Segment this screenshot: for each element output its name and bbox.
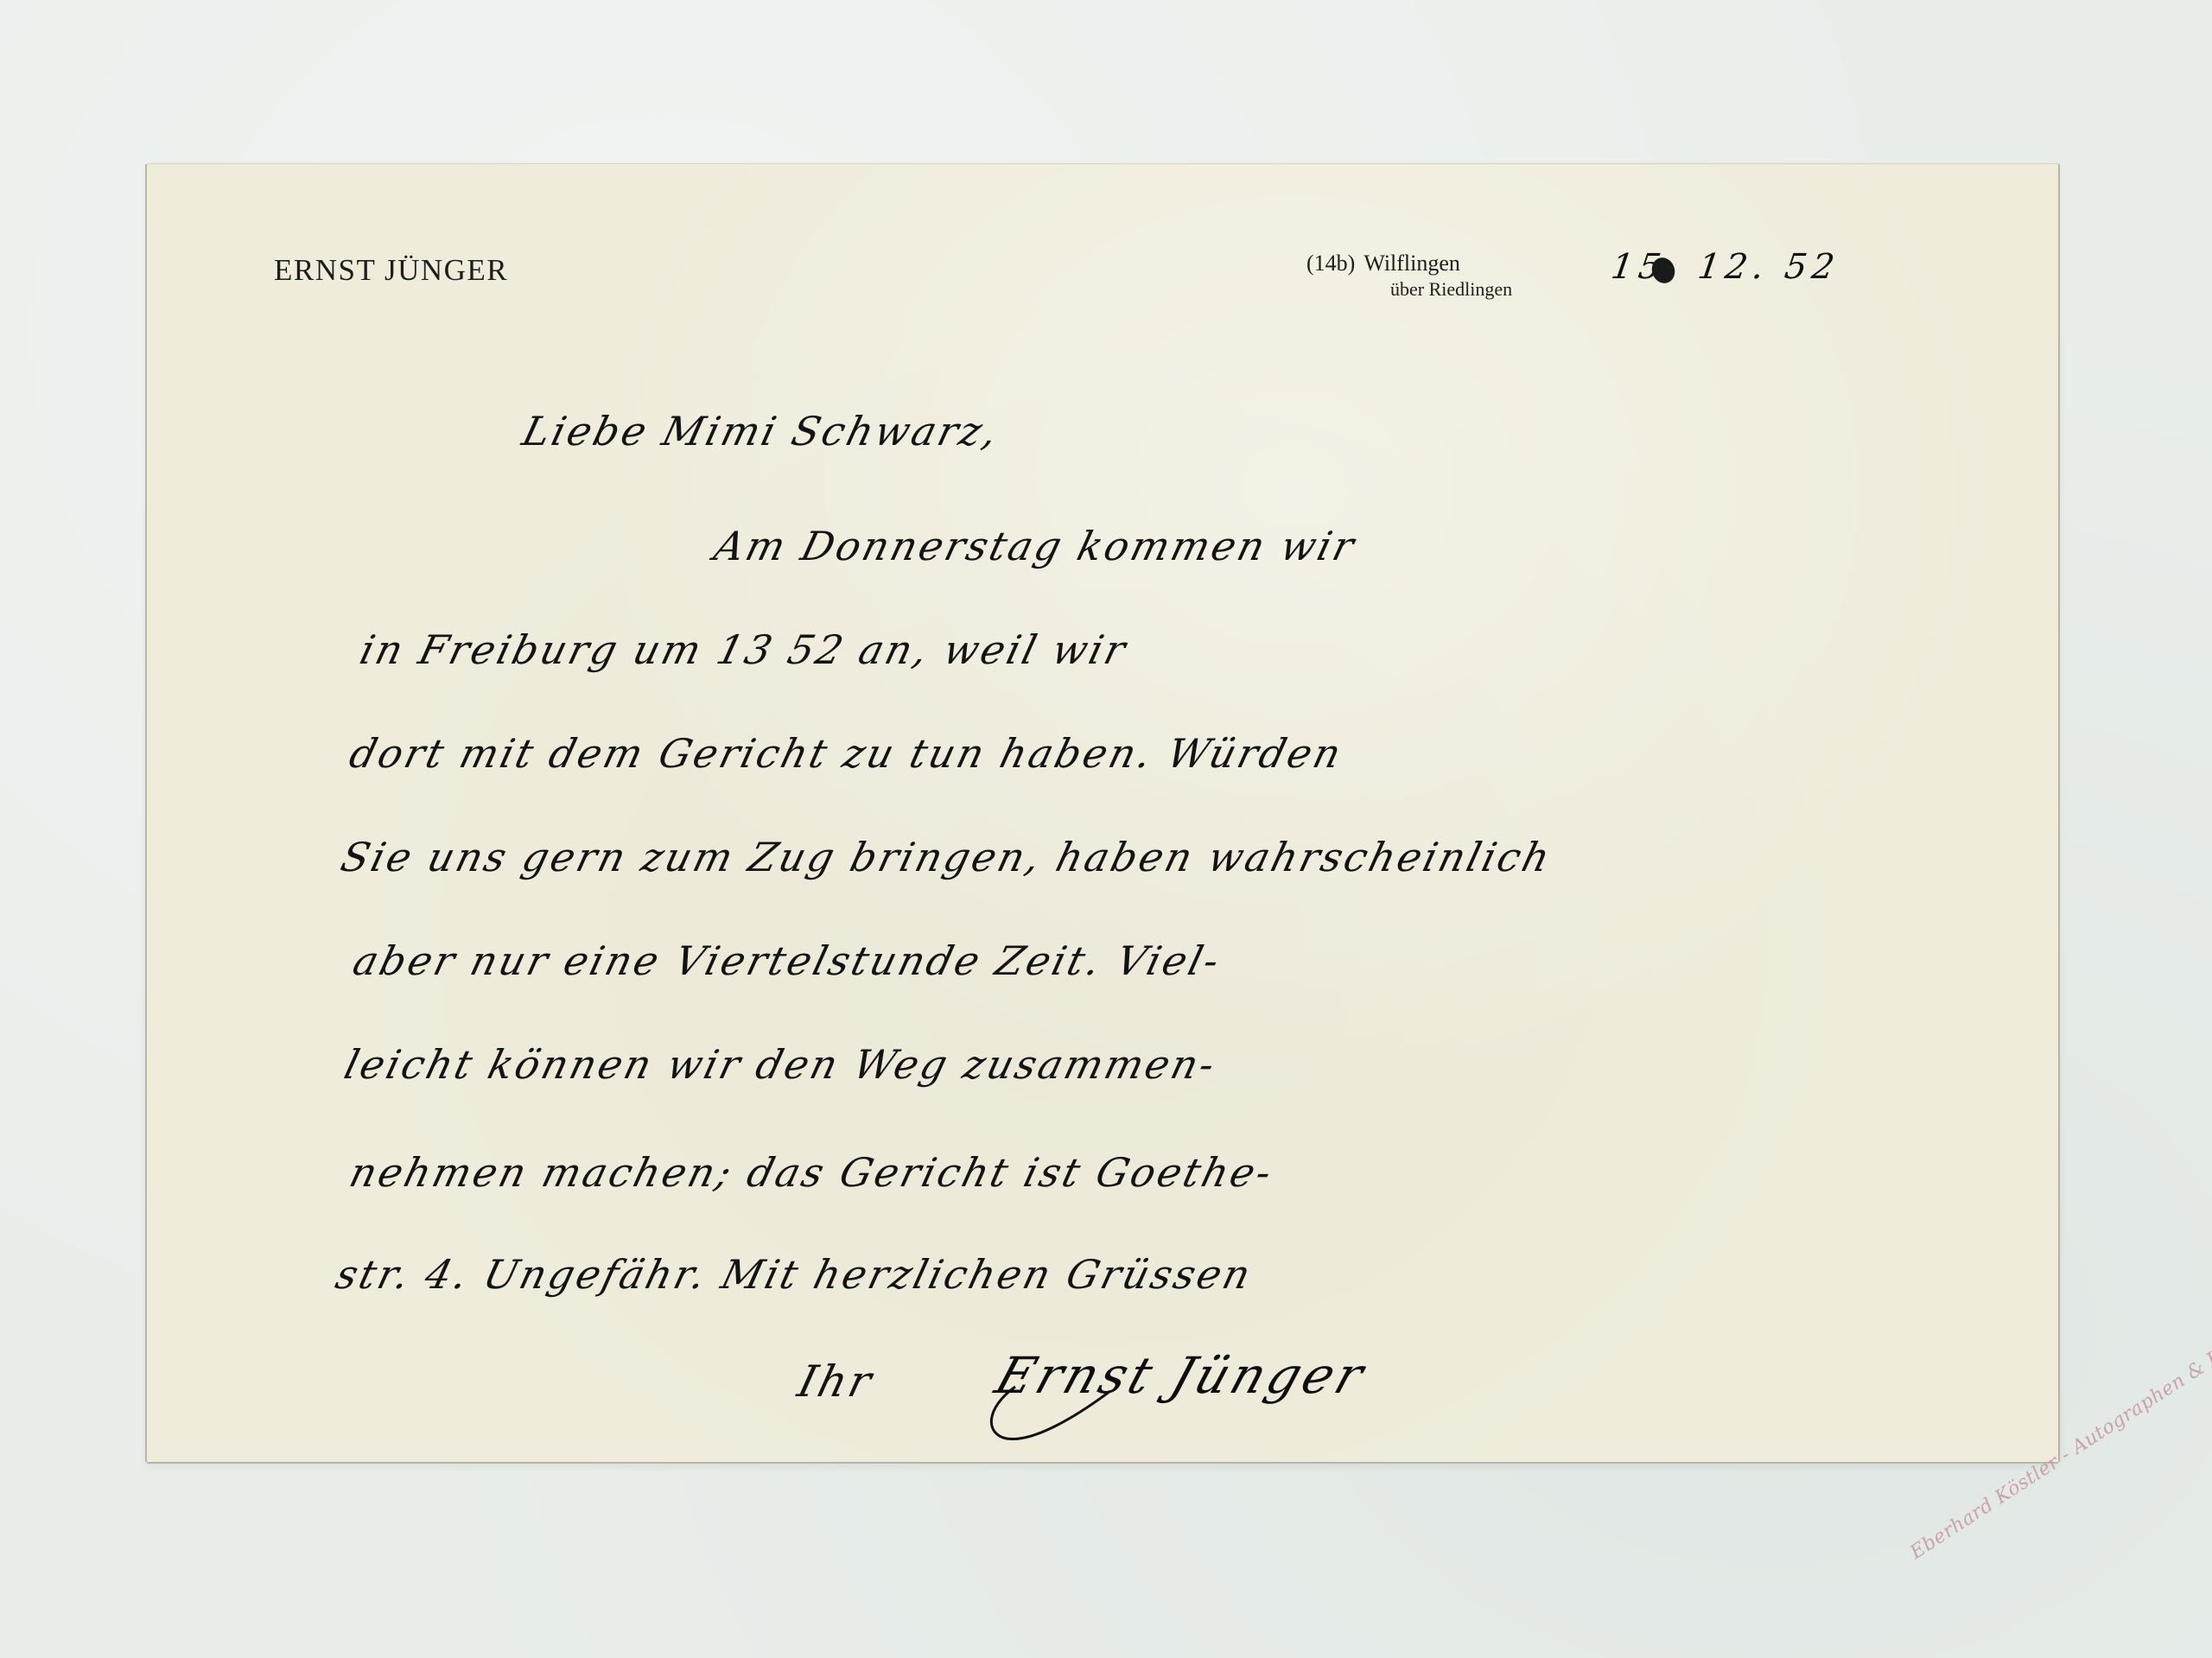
letter-line: nehmen machen; das Gericht ist Goethe-	[345, 1149, 1279, 1196]
place-subline: über Riedlingen	[1390, 278, 1512, 301]
letter-line: Sie uns gern zum Zug bringen, haben wahr…	[336, 834, 1557, 880]
signature-flourish-icon	[981, 1339, 1171, 1452]
letterhead-address: (14b)Wilflingen über Riedlingen	[1306, 251, 1512, 301]
letter-line: Am Donnerstag kommen wir	[709, 523, 1361, 569]
place-name: Wilflingen	[1363, 251, 1460, 276]
letter-line: in Freiburg um 13 52 an, weil wir	[355, 626, 1133, 673]
letter-sheet: ERNST JÜNGER (14b)Wilflingen über Riedli…	[147, 164, 2058, 1462]
letterhead-name: ERNST JÜNGER	[274, 253, 508, 288]
closing: Ihr	[793, 1356, 879, 1407]
postal-code: (14b)	[1306, 251, 1355, 276]
letter-line: str. 4. Ungefähr. Mit herzlichen Grüssen	[331, 1251, 1257, 1298]
letter-line: dort mit dem Gericht zu tun haben. Würde…	[345, 730, 1348, 777]
letterhead-place-line: (14b)Wilflingen	[1306, 251, 1512, 276]
salutation: Liebe Mimi Schwarz,	[518, 408, 1005, 454]
letter-line: aber nur eine Viertelstunde Zeit. Viel-	[348, 937, 1226, 984]
letter-line: leicht können wir den Weg zusammen-	[340, 1041, 1222, 1088]
handwritten-date: 15. 12. 52	[1609, 247, 1842, 287]
